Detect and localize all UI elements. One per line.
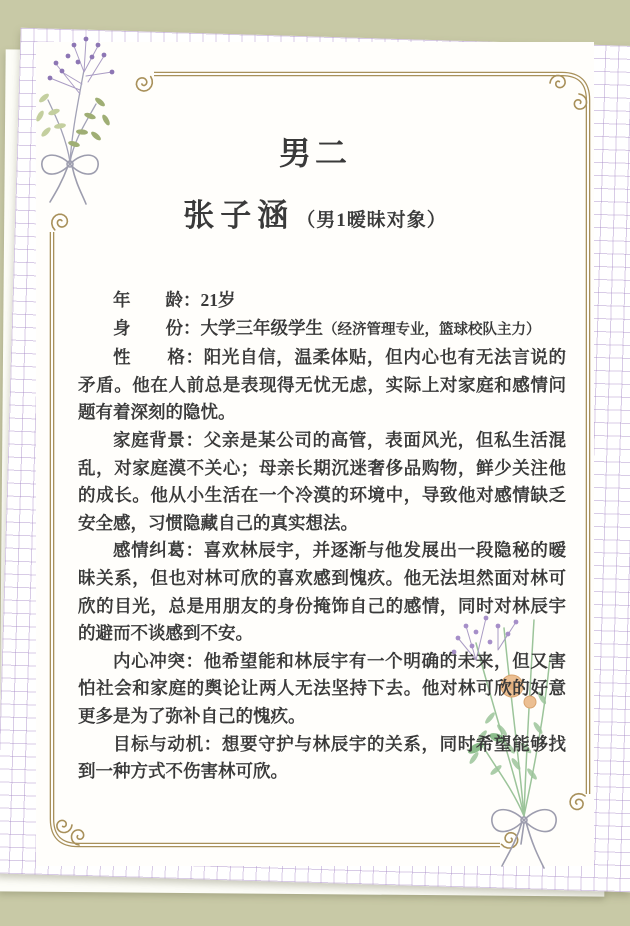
paragraph-segment: 内心冲突：他希望能和林辰宇有一个明确的未来，但又害怕社会和家庭的舆论让两人无法坚… bbox=[78, 651, 566, 726]
character-name: 张子涵 bbox=[183, 198, 294, 233]
profile-paragraph: 目标与动机：想要守护与林辰宇的关系，同时希望能够找到一种方式不伤害林可欣。 bbox=[78, 731, 566, 786]
paragraph-segment: 年 龄：21岁 bbox=[113, 290, 236, 310]
profile-paragraph: 年 龄：21岁 bbox=[78, 287, 566, 315]
character-sheet-panel: 男二 张子涵（男1暧昧对象） 年 龄：21岁身 份：大学三年级学生（经济管理专业… bbox=[36, 42, 594, 866]
paragraph-segment: 身 份：大学三年级学生 bbox=[113, 318, 323, 338]
paragraph-segment: 家庭背景：父亲是某公司的高管，表面风光，但私生活混乱，对家庭漠不关心；母亲长期沉… bbox=[78, 430, 566, 533]
profile-paragraph: 性 格：阳光自信，温柔体贴，但内心也有无法言说的矛盾。他在人前总是表现得无忧无虑… bbox=[78, 344, 566, 427]
paragraph-segment: 性 格：阳光自信，温柔体贴，但内心也有无法言说的矛盾。他在人前总是表现得无忧无虑… bbox=[78, 347, 566, 422]
profile-paragraph: 身 份：大学三年级学生（经济管理专业，篮球校队主力） bbox=[78, 315, 566, 345]
photo-stage: 男二 张子涵（男1暧昧对象） 年 龄：21岁身 份：大学三年级学生（经济管理专业… bbox=[0, 0, 630, 926]
paragraph-segment: （经济管理专业，篮球校队主力） bbox=[323, 322, 541, 338]
character-name-line: 张子涵（男1暧昧对象） bbox=[36, 190, 594, 235]
paragraph-segment: 感情纠葛：喜欢林辰宇，并逐渐与他发展出一段隐秘的暧昧关系，但也对林可欣的喜欢感到… bbox=[78, 540, 566, 643]
profile-paragraph: 内心冲突：他希望能和林辰宇有一个明确的未来，但又害怕社会和家庭的舆论让两人无法坚… bbox=[78, 648, 566, 731]
lavender-bouquet-icon bbox=[28, 32, 128, 207]
paragraph-segment: 目标与动机：想要守护与林辰宇的关系，同时希望能够找到一种方式不伤害林可欣。 bbox=[78, 734, 566, 782]
corner-flourish-bottom-left-icon bbox=[57, 820, 72, 832]
profile-text: 年 龄：21岁身 份：大学三年级学生（经济管理专业，篮球校队主力）性 格：阳光自… bbox=[78, 287, 566, 786]
corner-flourish-top-right-icon bbox=[574, 94, 586, 109]
profile-paragraph: 感情纠葛：喜欢林辰宇，并逐渐与他发展出一段隐秘的暧昧关系，但也对林可欣的喜欢感到… bbox=[78, 537, 566, 647]
corner-flourish-top-right-icon bbox=[550, 76, 565, 88]
role-title: 男二 bbox=[36, 128, 594, 174]
top-line-scroll-icon bbox=[136, 77, 152, 91]
profile-paragraph: 家庭背景：父亲是某公司的高管，表面风光，但私生活混乱，对家庭漠不关心；母亲长期沉… bbox=[78, 427, 566, 537]
character-name-note: （男1暧昧对象） bbox=[296, 210, 447, 231]
